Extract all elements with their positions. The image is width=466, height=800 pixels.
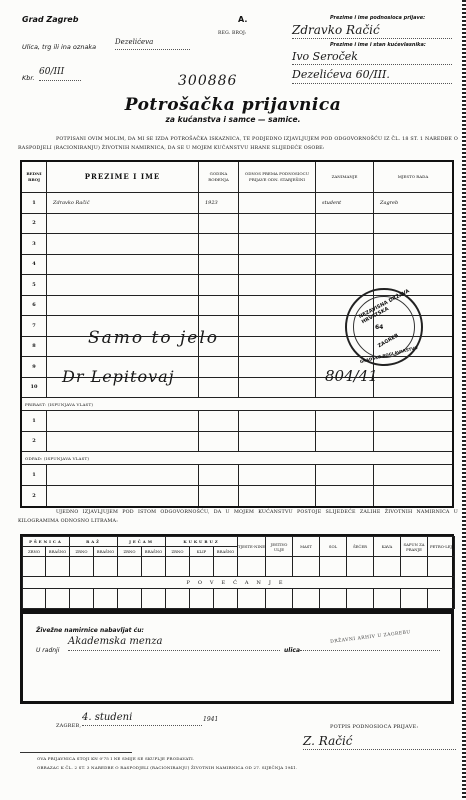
relation-cell[interactable]	[239, 214, 316, 234]
supply-cell[interactable]	[166, 557, 190, 577]
supply-cell[interactable]	[70, 557, 94, 577]
shop-label: U radnji	[36, 647, 59, 654]
table-row: 2	[22, 432, 452, 453]
relation-cell[interactable]	[239, 411, 316, 431]
owner-label: Prezime i ime i stan kućevlasnika:	[330, 42, 426, 48]
official-stamp: NEZAVISNA DRŽAVA HRVATSKA 64 ZAGREB GRAD…	[345, 288, 423, 366]
form-title: Potrošačka prijavnica	[0, 95, 466, 115]
supply-cell[interactable]	[238, 557, 266, 577]
increase-cell[interactable]	[293, 589, 320, 609]
row-number: 1	[22, 193, 47, 213]
increase-cell[interactable]	[374, 589, 401, 609]
occupation-cell[interactable]	[316, 411, 374, 431]
supply-cell[interactable]	[190, 557, 214, 577]
increase-cell[interactable]	[70, 589, 94, 609]
row-number: 2	[22, 432, 47, 452]
odpad-section-label: ODPAD: (ispunjava Vlast)	[22, 452, 452, 465]
group-corn: KUKURUZ	[166, 537, 238, 547]
increase-cell[interactable]	[347, 589, 374, 609]
city-label: Grad Zagreb	[22, 15, 78, 24]
birth-year-cell[interactable]	[199, 296, 239, 316]
table-row: 4	[22, 255, 452, 276]
name-cell[interactable]	[47, 486, 199, 507]
row-number: 6	[22, 296, 47, 316]
stamp-number: 64	[375, 324, 383, 331]
birth-year-cell[interactable]	[199, 357, 239, 377]
supply-cell[interactable]	[118, 557, 142, 577]
applicant-label: Prezime i ime podnosioca prijave:	[330, 15, 425, 21]
row-number: 7	[22, 316, 47, 336]
name-cell[interactable]	[47, 296, 199, 316]
supply-cell[interactable]	[374, 557, 401, 577]
workplace-cell[interactable]	[374, 234, 452, 254]
street-label: Ulica, trg ili ina oznaka	[22, 43, 96, 51]
row-number: 10	[22, 378, 47, 398]
form-subtitle: za kućanstva i samce — samice.	[0, 115, 466, 124]
supplies-table: PŠENICA RAŽ JEČAM KUKURUZ TJESTE-NINE JE…	[20, 534, 454, 611]
supplies-group-header: PŠENICA RAŽ JEČAM KUKURUZ TJESTE-NINE JE…	[23, 537, 455, 547]
row-number: 1	[22, 465, 47, 485]
shop-field[interactable]: Akademska menza	[68, 636, 280, 651]
birth-year-cell[interactable]	[199, 255, 239, 275]
supplies-statement: UJEDNO IZJAVLJUJEM POD ISTOM ODGOVORNOŠĆ…	[18, 508, 458, 526]
occupation-cell[interactable]	[316, 255, 374, 275]
name-cell[interactable]	[47, 234, 199, 254]
applicant-field[interactable]: Zdravko Račić	[292, 23, 452, 39]
name-cell[interactable]	[47, 214, 199, 234]
increase-cell[interactable]	[94, 589, 118, 609]
sub-flour: BRAŠNO	[94, 547, 118, 557]
shop-selection-box	[20, 611, 454, 704]
group-barley: JEČAM	[118, 537, 166, 547]
relation-cell[interactable]	[239, 432, 316, 452]
relation-cell[interactable]	[239, 275, 316, 295]
increase-cell[interactable]	[23, 589, 46, 609]
increase-cell[interactable]	[214, 589, 238, 609]
name-cell[interactable]	[47, 255, 199, 275]
relation-cell[interactable]	[239, 357, 316, 377]
handwritten-note-2: Dr Lepitovaj	[62, 367, 175, 386]
shop-street-label: ulica	[284, 647, 300, 654]
col-kerosene: PETRO-LEJ	[428, 537, 455, 557]
occupation-cell[interactable]	[316, 234, 374, 254]
supply-cell[interactable]	[266, 557, 293, 577]
col-soap: SAPUN ZA PRANJE	[401, 537, 428, 557]
increase-cell[interactable]	[428, 589, 455, 609]
workplace-cell[interactable]	[374, 214, 452, 234]
table-row: 1	[22, 465, 452, 486]
table-row: 1	[22, 411, 452, 432]
workplace-cell[interactable]	[374, 432, 452, 452]
col-header-workplace: MJESTO RADA	[374, 162, 452, 192]
supply-cell[interactable]	[320, 557, 347, 577]
col-oil: JESTIVO ULJE	[266, 537, 293, 557]
occupation-cell[interactable]	[316, 486, 374, 507]
increase-cell[interactable]	[166, 589, 190, 609]
relation-cell[interactable]	[239, 486, 316, 507]
sub-grain: ZRNO	[23, 547, 46, 557]
supply-cell[interactable]	[23, 557, 46, 577]
form-letter: A.	[238, 15, 247, 24]
birth-year-cell[interactable]	[199, 465, 239, 485]
row-number: 1	[22, 411, 47, 431]
sub-grain: ZRNO	[118, 547, 142, 557]
table-row: 2	[22, 486, 452, 507]
signature-field[interactable]: Z. Račić	[303, 734, 456, 750]
relation-cell[interactable]	[239, 378, 316, 398]
row-number: 2	[22, 486, 47, 507]
col-pasta: TJESTE-NINE	[238, 537, 266, 557]
table-row: 1 Zdravko Račić 1923 student Zagreb	[22, 193, 452, 214]
sub-grain: ZRNO	[166, 547, 190, 557]
name-cell[interactable]: Zdravko Račić	[47, 193, 199, 213]
supply-cell[interactable]	[46, 557, 70, 577]
workplace-cell[interactable]	[374, 465, 452, 485]
increase-cell[interactable]	[266, 589, 293, 609]
reg-number-label: REG. BROJ:	[218, 31, 247, 36]
name-cell[interactable]	[47, 411, 199, 431]
increase-cell[interactable]	[238, 589, 266, 609]
supplies-values-row	[23, 557, 455, 577]
price-note: OVA PRIJAVNICA STOJI KN 0'75 I NE SMIJE …	[37, 756, 194, 761]
workplace-cell[interactable]	[374, 486, 452, 507]
row-number: 8	[22, 337, 47, 357]
occupation-cell[interactable]	[316, 465, 374, 485]
shop-title: Živežne namirnice nabavljat ću:	[36, 627, 144, 634]
name-cell[interactable]	[47, 465, 199, 485]
relation-cell[interactable]	[239, 234, 316, 254]
col-salt: SOL	[320, 537, 347, 557]
col-lard: MAST	[293, 537, 320, 557]
handwritten-reference-number: 804/41	[325, 367, 378, 385]
birth-year-cell[interactable]	[199, 214, 239, 234]
table-row: 2	[22, 214, 452, 235]
supply-cell[interactable]	[214, 557, 238, 577]
increase-values-row	[23, 589, 455, 609]
relation-cell[interactable]	[239, 193, 316, 213]
birth-year-cell[interactable]	[199, 275, 239, 295]
row-number: 5	[22, 275, 47, 295]
intro-statement: POTPISANI OVIM MOLIM, DA MI SE IZDA POTR…	[18, 135, 458, 153]
handwritten-note-1: Samo to jelo	[88, 328, 219, 348]
workplace-cell[interactable]	[374, 378, 452, 398]
house-number-field[interactable]: 60/III	[39, 67, 81, 81]
persons-table-header: REDNI BROJ PREZIME I IME GODINA ROĐENJA …	[22, 162, 452, 193]
group-rye: RAŽ	[70, 537, 118, 547]
col-sugar: ŠEĆER	[347, 537, 374, 557]
birth-year-cell[interactable]	[199, 411, 239, 431]
row-number: 2	[22, 214, 47, 234]
supply-cell[interactable]	[347, 557, 374, 577]
birth-year-cell[interactable]	[199, 432, 239, 452]
relation-cell[interactable]	[239, 296, 316, 316]
increase-cell[interactable]	[320, 589, 347, 609]
occupation-cell[interactable]	[316, 214, 374, 234]
birth-year-cell[interactable]	[199, 234, 239, 254]
relation-cell[interactable]	[239, 316, 316, 336]
birth-year-cell[interactable]	[199, 378, 239, 398]
relation-cell[interactable]	[239, 465, 316, 485]
owner-field[interactable]: Ivo Seroček	[292, 50, 452, 65]
birth-year-cell[interactable]	[199, 486, 239, 507]
occupation-cell[interactable]	[316, 432, 374, 452]
sub-flour: BRAŠNO	[46, 547, 70, 557]
col-header-name: PREZIME I IME	[47, 162, 199, 192]
increase-cell[interactable]	[46, 589, 70, 609]
street-field[interactable]: Dezelićeva	[115, 38, 190, 50]
group-wheat: PŠENICA	[23, 537, 70, 547]
col-header-birth-year: GODINA ROĐENJA	[199, 162, 239, 192]
ration-registration-form: Grad Zagreb A. REG. BROJ: Ulica, trg ili…	[0, 0, 466, 800]
relation-cell[interactable]	[239, 337, 316, 357]
col-header-occupation: ZANIMANJE	[316, 162, 374, 192]
house-number-label: Kbr.	[22, 74, 35, 82]
supply-cell[interactable]	[293, 557, 320, 577]
sub-cob: KLIP	[190, 547, 214, 557]
name-cell[interactable]	[47, 432, 199, 452]
col-header-number: REDNI BROJ	[22, 162, 47, 192]
workplace-cell[interactable]	[374, 255, 452, 275]
supply-cell[interactable]	[401, 557, 428, 577]
sub-flour: BRAŠNO	[142, 547, 166, 557]
supply-cell[interactable]	[428, 557, 455, 577]
name-cell[interactable]	[47, 275, 199, 295]
row-number: 3	[22, 234, 47, 254]
owner-address-field[interactable]: Dezelićeva 60/III.	[292, 68, 452, 84]
col-header-relation: ODNOS PREMA PODNOSIOCU PRIJAVE ODN. STAR…	[239, 162, 316, 192]
registration-number: 300886	[178, 73, 237, 89]
date-field[interactable]: 4. studeni	[82, 712, 202, 726]
increase-label: POVEĆANJE	[23, 577, 455, 589]
occupation-cell[interactable]: student	[316, 193, 374, 213]
increase-cell[interactable]	[142, 589, 166, 609]
increase-cell[interactable]	[118, 589, 142, 609]
supply-cell[interactable]	[142, 557, 166, 577]
birth-year-cell[interactable]: 1923	[199, 193, 239, 213]
legal-reference-note: OBRAZAC K ČL. 2 ST. 3 NAREDBE O RASPODJE…	[37, 765, 297, 770]
signature-label: POTPIS PODNOSIOCA PRIJAVE:	[330, 724, 418, 730]
workplace-cell[interactable]	[374, 411, 452, 431]
increase-cell[interactable]	[190, 589, 214, 609]
footer-divider	[20, 752, 132, 753]
prirast-section-label: PRIRAST: (ispunjava Vlast)	[22, 398, 452, 411]
supply-cell[interactable]	[94, 557, 118, 577]
col-coffee: KAVA	[374, 537, 401, 557]
table-row: 3	[22, 234, 452, 255]
increase-cell[interactable]	[401, 589, 428, 609]
year-field[interactable]: 1941	[203, 716, 218, 723]
sub-grain: ZRNO	[70, 547, 94, 557]
place-label: ZAGREB,	[56, 723, 81, 729]
row-number: 9	[22, 357, 47, 377]
workplace-cell[interactable]: Zagreb	[374, 193, 452, 213]
increase-header-row: POVEĆANJE	[23, 577, 455, 589]
row-number: 4	[22, 255, 47, 275]
relation-cell[interactable]	[239, 255, 316, 275]
sub-flour: BRAŠNO	[214, 547, 238, 557]
